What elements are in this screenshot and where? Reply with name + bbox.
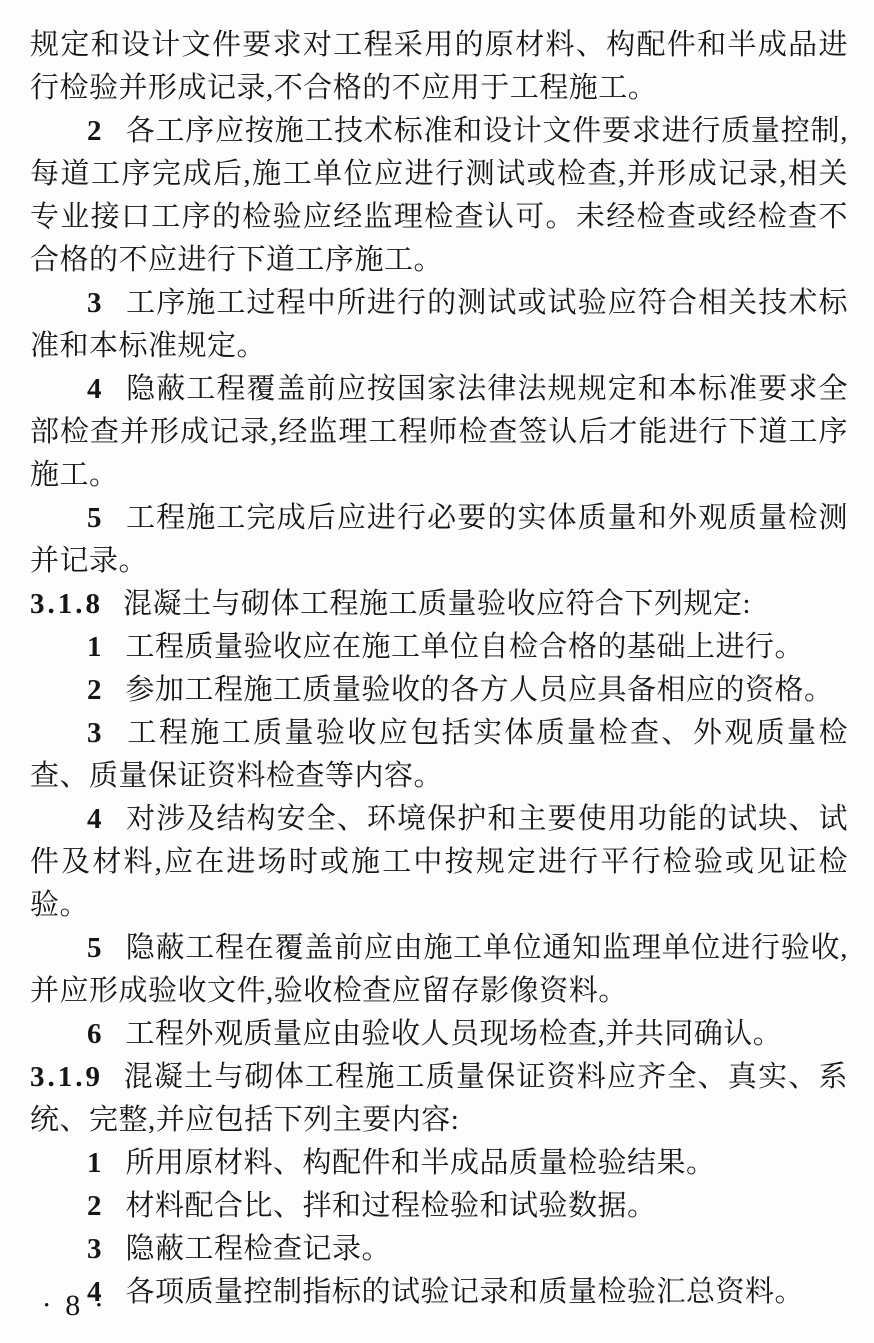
- paragraph-text: 隐蔽工程检查记录。: [126, 1233, 392, 1265]
- paragraph: 规定和设计文件要求对工程采用的原材料、构配件和半成品进行检验并形成记录,不合格的…: [30, 24, 848, 110]
- page-content: 规定和设计文件要求对工程采用的原材料、构配件和半成品进行检验并形成记录,不合格的…: [30, 24, 848, 1314]
- paragraph-text: 各项质量控制指标的试验记录和质量检验汇总资料。: [126, 1276, 805, 1308]
- paragraph: 1工程质量验收应在施工单位自检合格的基础上进行。: [30, 626, 848, 669]
- item-number: 4: [87, 373, 102, 405]
- paragraph: 5隐蔽工程在覆盖前应由施工单位通知监理单位进行验收,并应形成验收文件,验收检查应…: [30, 927, 848, 1013]
- item-number: 3.1.9: [30, 1061, 103, 1093]
- paragraph-text: 工程外观质量应由验收人员现场检查,并共同确认。: [126, 1018, 783, 1050]
- item-number: 1: [87, 1147, 102, 1179]
- item-number: 5: [87, 932, 102, 964]
- item-number: 4: [87, 803, 102, 835]
- paragraph-text: 隐蔽工程覆盖前应按国家法律法规规定和本标准要求全部检查并形成记录,经监理工程师检…: [30, 373, 848, 491]
- paragraph: 1所用原材料、构配件和半成品质量检验结果。: [30, 1142, 848, 1185]
- item-number: 5: [87, 502, 102, 534]
- item-number: 3.1.8: [30, 588, 103, 620]
- paragraph-text: 各工序应按施工技术标准和设计文件要求进行质量控制,每道工序完成后,施工单位应进行…: [30, 115, 848, 276]
- paragraph-text: 隐蔽工程在覆盖前应由施工单位通知监理单位进行验收,并应形成验收文件,验收检查应留…: [30, 932, 848, 1007]
- paragraph-text: 工程施工完成后应进行必要的实体质量和外观质量检测并记录。: [30, 502, 848, 577]
- paragraph-text: 混凝土与砌体工程施工质量保证资料应齐全、真实、系统、完整,并应包括下列主要内容:: [30, 1061, 848, 1136]
- paragraph: 3隐蔽工程检查记录。: [30, 1228, 848, 1271]
- paragraph: 6工程外观质量应由验收人员现场检查,并共同确认。: [30, 1013, 848, 1056]
- document-page: 规定和设计文件要求对工程采用的原材料、构配件和半成品进行检验并形成记录,不合格的…: [0, 0, 874, 1343]
- page-footer: • 8 •: [44, 1291, 102, 1321]
- paragraph: 3工序施工过程中所进行的测试或试验应符合相关技术标准和本标准规定。: [30, 282, 848, 368]
- paragraph-text: 规定和设计文件要求对工程采用的原材料、构配件和半成品进行检验并形成记录,不合格的…: [30, 29, 848, 104]
- paragraph: 4各项质量控制指标的试验记录和质量检验汇总资料。: [30, 1271, 848, 1314]
- paragraph-text: 参加工程施工质量验收的各方人员应具备相应的资格。: [126, 674, 834, 706]
- paragraph-text: 材料配合比、拌和过程检验和试验数据。: [126, 1190, 657, 1222]
- paragraph-text: 混凝土与砌体工程施工质量验收应符合下列规定:: [123, 588, 751, 620]
- paragraph-text: 工程质量验收应在施工单位自检合格的基础上进行。: [126, 631, 805, 663]
- paragraph-text: 所用原材料、构配件和半成品质量检验结果。: [126, 1147, 716, 1179]
- paragraph: 2各工序应按施工技术标准和设计文件要求进行质量控制,每道工序完成后,施工单位应进…: [30, 110, 848, 282]
- paragraph: 3.1.8混凝土与砌体工程施工质量验收应符合下列规定:: [30, 583, 848, 626]
- paragraph-text: 工程施工质量验收应包括实体质量检查、外观质量检查、质量保证资料检查等内容。: [30, 717, 848, 792]
- item-number: 2: [87, 115, 102, 147]
- footer-dot-left: •: [44, 1291, 49, 1321]
- item-number: 6: [87, 1018, 102, 1050]
- footer-dot-right: •: [96, 1291, 101, 1321]
- item-number: 2: [87, 674, 102, 706]
- paragraph: 3.1.9混凝土与砌体工程施工质量保证资料应齐全、真实、系统、完整,并应包括下列…: [30, 1056, 848, 1142]
- item-number: 3: [87, 287, 102, 319]
- paragraph: 4对涉及结构安全、环境保护和主要使用功能的试块、试件及材料,应在进场时或施工中按…: [30, 798, 848, 927]
- paragraph: 5工程施工完成后应进行必要的实体质量和外观质量检测并记录。: [30, 497, 848, 583]
- paragraph-text: 对涉及结构安全、环境保护和主要使用功能的试块、试件及材料,应在进场时或施工中按规…: [30, 803, 848, 921]
- paragraph: 3工程施工质量验收应包括实体质量检查、外观质量检查、质量保证资料检查等内容。: [30, 712, 848, 798]
- paragraph: 2材料配合比、拌和过程检验和试验数据。: [30, 1185, 848, 1228]
- paragraph: 2参加工程施工质量验收的各方人员应具备相应的资格。: [30, 669, 848, 712]
- paragraph: 4隐蔽工程覆盖前应按国家法律法规规定和本标准要求全部检查并形成记录,经监理工程师…: [30, 368, 848, 497]
- page-number: 8: [65, 1291, 80, 1321]
- item-number: 3: [87, 1233, 102, 1265]
- item-number: 1: [87, 631, 102, 663]
- item-number: 3: [87, 717, 102, 749]
- paragraph-text: 工序施工过程中所进行的测试或试验应符合相关技术标准和本标准规定。: [30, 287, 848, 362]
- item-number: 2: [87, 1190, 102, 1222]
